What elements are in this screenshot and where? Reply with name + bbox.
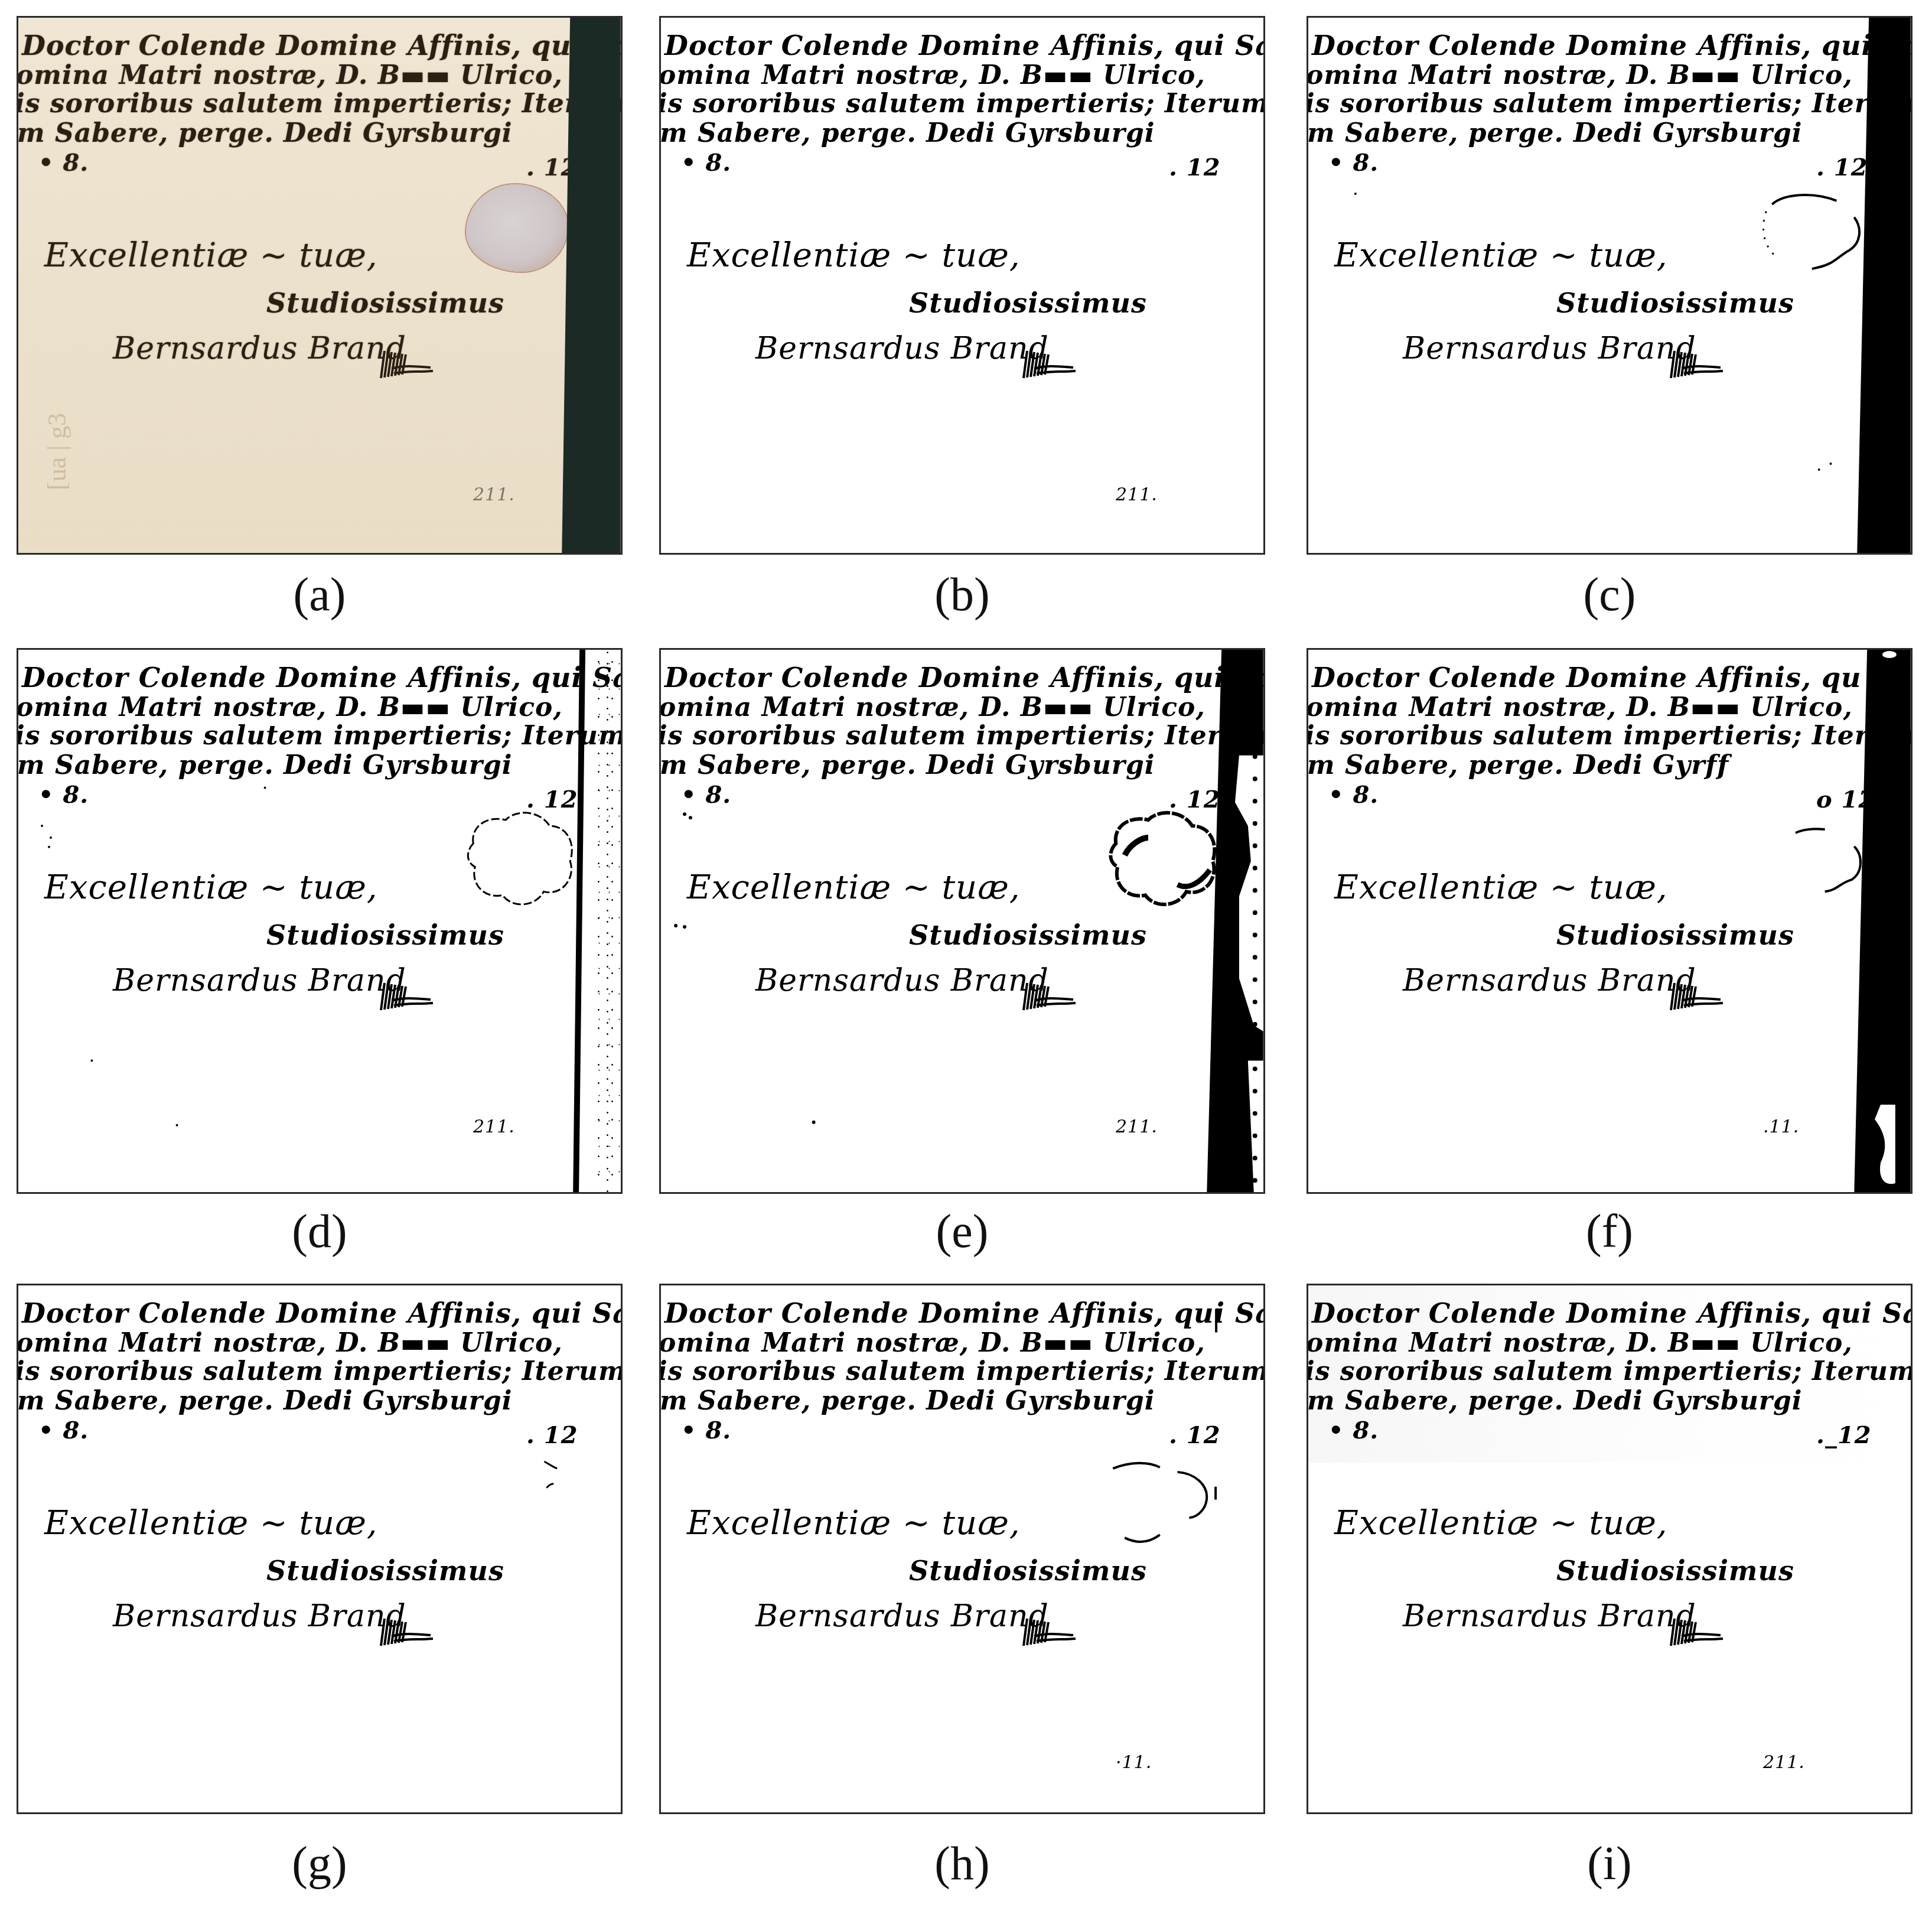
epithet-line: Studiosissimus bbox=[1556, 919, 1794, 951]
panel-label-i: (i) bbox=[1307, 1837, 1913, 1890]
text-line-4-end: . 12 bbox=[1169, 154, 1221, 181]
text-line-2: omina Matri nostræ, D. B▬▬ Ulrico, bbox=[1307, 60, 1853, 90]
text-line-4: m Sabere, perge. Dedi Gyrsburgi bbox=[1307, 118, 1803, 148]
panel-c: Doctor Colende Domine Affinis, qui Saud … bbox=[1307, 16, 1913, 555]
text-line-5: • 8. bbox=[38, 149, 89, 177]
text-line-5: • 8. bbox=[38, 1417, 89, 1444]
panel-label-a: (a) bbox=[17, 568, 623, 621]
signature-flourish-icon bbox=[1022, 1616, 1081, 1652]
closing-line: Excellentiæ ~ tuæ, bbox=[44, 868, 378, 907]
text-line-1: Doctor Colende Domine Affinis, qui Saud bbox=[664, 662, 1265, 694]
epithet-line: Studiosissimus bbox=[266, 919, 504, 951]
signature-flourish-icon bbox=[1670, 349, 1729, 384]
signature-line: Bernsardus Brand bbox=[755, 331, 1049, 366]
text-line-4: m Sabere, perge. Dedi Gyrsburgi bbox=[660, 1386, 1155, 1416]
text-line-1: Doctor Colende Domine Affinis, qui Saud bbox=[22, 662, 623, 694]
panel-label-g: (g) bbox=[17, 1837, 623, 1890]
panel-label-c: (c) bbox=[1307, 568, 1913, 621]
signature-flourish-icon bbox=[1670, 1616, 1729, 1652]
epithet-line: Studiosissimus bbox=[909, 287, 1147, 319]
manuscript-text: Doctor Colende Domine Affinis, qui Saud … bbox=[18, 1285, 621, 1812]
signature-flourish-icon bbox=[1670, 981, 1729, 1016]
text-line-2: omina Matri nostræ, D. B▬▬ Ulrico, bbox=[659, 1328, 1206, 1358]
text-line-2: omina Matri nostræ, D. B▬▬ Ulrico, bbox=[17, 692, 563, 722]
epithet-line: Studiosissimus bbox=[266, 287, 504, 319]
text-line-4-end: . 12 bbox=[526, 786, 578, 813]
ink-stain bbox=[466, 184, 568, 272]
text-line-1: Doctor Colende Domine Affinis, qu ud bbox=[1312, 662, 1911, 694]
text-line-4-end: . 12 bbox=[1816, 154, 1868, 181]
folio-number: ·11. bbox=[1116, 1752, 1152, 1773]
closing-line: Excellentiæ ~ tuæ, bbox=[1334, 236, 1668, 275]
manuscript-text: Doctor Colende Domine Affinis, qui Saud … bbox=[661, 1285, 1263, 1812]
signature-flourish-icon bbox=[1022, 349, 1081, 384]
text-line-5: • 8. bbox=[681, 1417, 731, 1444]
speckled-strip bbox=[590, 650, 621, 1192]
closing-line: Excellentiæ ~ tuæ, bbox=[687, 1504, 1021, 1542]
text-line-2: omina Matri nostræ, D. B▬▬ Ulrico, bbox=[1307, 692, 1853, 722]
panel-h: Doctor Colende Domine Affinis, qui Saud … bbox=[659, 1284, 1265, 1814]
text-line-5: • 8. bbox=[1328, 149, 1379, 177]
text-line-5: • 8. bbox=[1328, 1417, 1379, 1444]
closing-line: Excellentiæ ~ tuæ, bbox=[687, 236, 1021, 275]
manuscript-text: Doctor Colende Domine Affinis, qui Saud … bbox=[661, 18, 1263, 553]
manuscript-text: Doctor Colende Domine Affinis, qui Saud … bbox=[1308, 18, 1911, 553]
text-line-1: Doctor Colende Domine Affinis, qui Saud bbox=[22, 30, 623, 61]
text-line-4-end: . 12 bbox=[1169, 786, 1221, 813]
panel-a: Doctor Colende Domine Affinis, qui Saud … bbox=[17, 16, 623, 555]
manuscript-text: Doctor Colende Domine Affinis, qui Saud … bbox=[18, 18, 621, 553]
signature-flourish-icon bbox=[380, 1616, 439, 1652]
text-line-2: omina Matri nostræ, D. B▬▬ Ulrico, bbox=[17, 1328, 563, 1358]
signature-line: Bernsardus Brand bbox=[1403, 331, 1696, 366]
folio-number: 211. bbox=[1763, 1752, 1805, 1773]
signature-line: Bernsardus Brand bbox=[113, 963, 406, 998]
text-line-4: m Sabere, perge. Dedi Gyrsburgi bbox=[17, 118, 513, 148]
text-line-4-end: ._12 bbox=[1816, 1421, 1872, 1449]
text-line-3: is sororibus salutem impertieris; Iterum bbox=[17, 1356, 623, 1386]
manuscript-text: Doctor Colende Domine Affinis, qu ud omi… bbox=[1308, 650, 1911, 1192]
text-line-4-end: o 12 bbox=[1816, 786, 1875, 813]
folio-number: .11. bbox=[1763, 1116, 1799, 1137]
text-line-1: Doctor Colende Domine Affinis, qui Saud bbox=[1312, 30, 1913, 61]
signature-flourish-icon bbox=[380, 981, 439, 1016]
manuscript-text: Doctor Colende Domine Affinis, qui Saud … bbox=[661, 650, 1263, 1192]
closing-line: Excellentiæ ~ tuæ, bbox=[44, 1504, 378, 1542]
panel-label-f: (f) bbox=[1307, 1205, 1913, 1258]
panel-label-d: (d) bbox=[17, 1205, 623, 1258]
epithet-line: Studiosissimus bbox=[266, 1555, 504, 1587]
text-line-4: m Sabere, perge. Dedi Gyrsburgi bbox=[17, 750, 513, 780]
signature-line: Bernsardus Brand bbox=[113, 331, 406, 366]
text-line-5: • 8. bbox=[38, 781, 89, 809]
text-line-3: is sororibus salutem impertieris; Iterum bbox=[17, 89, 623, 119]
margin-bleedthrough: [ua | g3 bbox=[42, 413, 72, 490]
text-line-3: is sororibus salutem impertieris; Iterum bbox=[1307, 721, 1913, 751]
text-line-4-end: . 12 bbox=[1169, 1421, 1221, 1449]
text-line-1: Doctor Colende Domine Affinis, qui Saud bbox=[664, 30, 1265, 61]
text-line-2: omina Matri nostræ, D. B▬▬ Ulrico, bbox=[659, 60, 1206, 90]
panel-label-h: (h) bbox=[659, 1837, 1265, 1890]
panel-e: Doctor Colende Domine Affinis, qui Saud … bbox=[659, 648, 1265, 1194]
folio-number: 211. bbox=[473, 1116, 515, 1137]
epithet-line: Studiosissimus bbox=[909, 1555, 1147, 1587]
text-line-1: Doctor Colende Domine Affinis, qui Saud bbox=[1312, 1297, 1913, 1329]
manuscript-text: Doctor Colende Domine Affinis, qui Saud … bbox=[1308, 1285, 1911, 1812]
text-line-3: is sororibus salutem impertieris; Iterum bbox=[659, 89, 1265, 119]
panel-i: Doctor Colende Domine Affinis, qui Saud … bbox=[1307, 1284, 1913, 1814]
text-line-1: Doctor Colende Domine Affinis, qui Saud bbox=[664, 1297, 1265, 1329]
signature-line: Bernsardus Brand bbox=[755, 1599, 1049, 1634]
text-line-5: • 8. bbox=[681, 781, 731, 809]
signature-flourish-icon bbox=[1022, 981, 1081, 1016]
text-line-3: is sororibus salutem impertieris; Iterum bbox=[17, 721, 623, 751]
epithet-line: Studiosissimus bbox=[909, 919, 1147, 951]
text-line-4-end: . 12 bbox=[526, 154, 578, 181]
folio-number: 211. bbox=[473, 484, 515, 505]
panel-d: Doctor Colende Domine Affinis, qui Saud … bbox=[17, 648, 623, 1194]
epithet-line: Studiosissimus bbox=[1556, 287, 1794, 319]
panel-label-b: (b) bbox=[659, 568, 1265, 621]
text-line-3: is sororibus salutem impertieris; Iterum bbox=[659, 721, 1265, 751]
signature-line: Bernsardus Brand bbox=[1403, 1599, 1696, 1634]
panel-g: Doctor Colende Domine Affinis, qui Saud … bbox=[17, 1284, 623, 1814]
text-line-3: is sororibus salutem impertieris; Iterum bbox=[659, 1356, 1265, 1386]
text-line-2: omina Matri nostræ, D. B▬▬ Ulrico, bbox=[17, 60, 563, 90]
signature-line: Bernsardus Brand bbox=[755, 963, 1049, 998]
text-line-4-end: . 12 bbox=[526, 1421, 578, 1449]
signature-line: Bernsardus Brand bbox=[1403, 963, 1696, 998]
text-line-5: • 8. bbox=[1328, 781, 1379, 809]
closing-line: Excellentiæ ~ tuæ, bbox=[1334, 1504, 1668, 1542]
panel-f: Doctor Colende Domine Affinis, qu ud omi… bbox=[1307, 648, 1913, 1194]
signature-flourish-icon bbox=[380, 349, 439, 384]
folio-number: 211. bbox=[1116, 1116, 1158, 1137]
text-line-1: Doctor Colende Domine Affinis, qui Saud bbox=[22, 1297, 623, 1329]
manuscript-text: Doctor Colende Domine Affinis, qui Saud … bbox=[18, 650, 621, 1192]
text-line-5: • 8. bbox=[681, 149, 731, 177]
text-line-4: m Sabere, perge. Dedi Gyrsburgi bbox=[660, 118, 1155, 148]
folio-number: 211. bbox=[1116, 484, 1158, 505]
signature-line: Bernsardus Brand bbox=[113, 1599, 406, 1634]
text-line-3: is sororibus salutem impertieris; Iterum bbox=[1307, 1356, 1913, 1386]
text-line-4: m Sabere, perge. Dedi Gyrsburgi bbox=[660, 750, 1155, 780]
text-line-4: m Sabere, perge. Dedi Gyrsburgi bbox=[1307, 1386, 1803, 1416]
panel-label-e: (e) bbox=[659, 1205, 1265, 1258]
epithet-line: Studiosissimus bbox=[1556, 1555, 1794, 1587]
text-line-2: omina Matri nostræ, D. B▬▬ Ulrico, bbox=[659, 692, 1206, 722]
closing-line: Excellentiæ ~ tuæ, bbox=[44, 236, 378, 275]
text-line-2: omina Matri nostræ, D. B▬▬ Ulrico, bbox=[1307, 1328, 1853, 1358]
text-line-4: m Sabere, perge. Dedi Gyrsburgi bbox=[17, 1386, 513, 1416]
figure: Doctor Colende Domine Affinis, qui Saud … bbox=[0, 0, 1932, 1924]
closing-line: Excellentiæ ~ tuæ, bbox=[687, 868, 1021, 907]
text-line-3: is sororibus salutem impertieris; Iterum bbox=[1307, 89, 1913, 119]
closing-line: Excellentiæ ~ tuæ, bbox=[1334, 868, 1668, 907]
panel-b: Doctor Colende Domine Affinis, qui Saud … bbox=[659, 16, 1265, 555]
text-line-4: m Sabere, perge. Dedi Gyrff bbox=[1307, 750, 1729, 780]
